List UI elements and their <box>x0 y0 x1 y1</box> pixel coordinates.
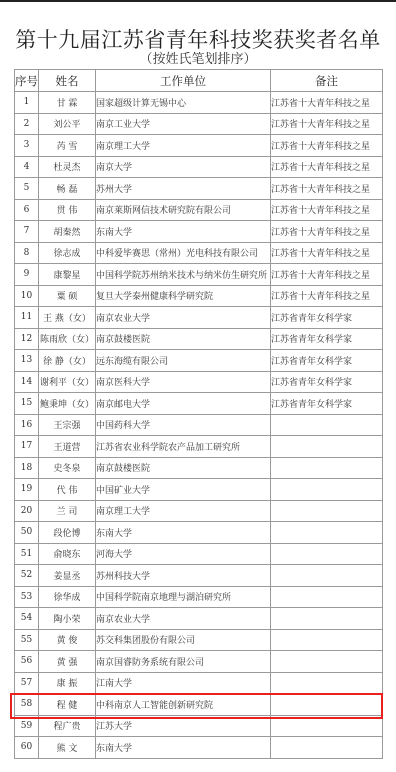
row-number: 53 <box>15 586 39 608</box>
table-row: 4杜灵杰南京大学江苏省十大青年科技之星 <box>15 156 383 178</box>
awardee-name: 兰 司 <box>39 500 96 522</box>
work-unit: 南京鼓楼医院 <box>96 457 271 479</box>
remark <box>271 500 383 522</box>
remark: 江苏省十大青年科技之星 <box>271 178 383 200</box>
awardee-name: 康 振 <box>39 672 96 694</box>
work-unit: 苏交科集团股份有限公司 <box>96 629 271 651</box>
awardee-name: 谢利平（女） <box>39 371 96 393</box>
table-row: 10粟 硕复旦大学泰州健康科学研究院江苏省十大青年科技之星 <box>15 285 383 307</box>
awardee-name: 程广贵 <box>39 715 96 737</box>
table-row: 52姜显丞苏州科技大学 <box>15 565 383 587</box>
remark: 江苏省十大青年科技之星 <box>271 156 383 178</box>
awardee-name: 粟 硕 <box>39 285 96 307</box>
table-row: 1甘 霖国家超级计算无锡中心江苏省十大青年科技之星 <box>15 92 383 114</box>
remark: 江苏省十大青年科技之星 <box>271 242 383 264</box>
awardee-name: 陶小荣 <box>39 608 96 630</box>
table-row: 6贯 伟南京莱斯网信技术研究院有限公司江苏省十大青年科技之星 <box>15 199 383 221</box>
awardee-name: 段伦博 <box>39 522 96 544</box>
remark: 江苏省十大青年科技之星 <box>271 135 383 157</box>
awardee-name: 鲍秉坤（女） <box>39 393 96 415</box>
row-number: 19 <box>15 479 39 501</box>
remark <box>271 651 383 673</box>
table-row: 3芮 雪南京理工大学江苏省十大青年科技之星 <box>15 135 383 157</box>
awardee-name: 俞晓东 <box>39 543 96 565</box>
remark: 江苏省青年女科学家 <box>271 393 383 415</box>
column-header-unit: 工作单位 <box>96 70 271 92</box>
work-unit: 苏州科技大学 <box>96 565 271 587</box>
work-unit: 南京医科大学 <box>96 371 271 393</box>
table-row: 54陶小荣南京农业大学 <box>15 608 383 630</box>
remark: 江苏省十大青年科技之星 <box>271 221 383 243</box>
remark <box>271 629 383 651</box>
row-number: 2 <box>15 113 39 135</box>
work-unit: 南京工业大学 <box>96 113 271 135</box>
row-number: 60 <box>15 737 39 759</box>
work-unit: 中国科学院苏州纳米技术与纳米仿生研究所 <box>96 264 271 286</box>
table-row: 58程 健中科南京人工智能创新研究院 <box>15 694 383 716</box>
remark <box>271 565 383 587</box>
row-number: 20 <box>15 500 39 522</box>
awardee-name: 甘 霖 <box>39 92 96 114</box>
remark <box>271 694 383 716</box>
awardee-name: 王宗强 <box>39 414 96 436</box>
table-row: 16王宗强中国药科大学 <box>15 414 383 436</box>
row-number: 4 <box>15 156 39 178</box>
remark <box>271 457 383 479</box>
column-header-no: 序号 <box>15 70 39 92</box>
awardee-name: 陈雨欣（女） <box>39 328 96 350</box>
table-row: 9康黎星中国科学院苏州纳米技术与纳米仿生研究所江苏省十大青年科技之星 <box>15 264 383 286</box>
work-unit: 南京邮电大学 <box>96 393 271 415</box>
table-row: 51俞晓东河海大学 <box>15 543 383 565</box>
row-number: 17 <box>15 436 39 458</box>
remark <box>271 672 383 694</box>
top-border <box>0 0 396 2</box>
row-number: 10 <box>15 285 39 307</box>
table-row: 15鲍秉坤（女）南京邮电大学江苏省青年女科学家 <box>15 393 383 415</box>
remark <box>271 436 383 458</box>
table-row: 18史冬泉南京鼓楼医院 <box>15 457 383 479</box>
work-unit: 东南大学 <box>96 522 271 544</box>
work-unit: 苏州大学 <box>96 178 271 200</box>
table-row: 19代 伟中国矿业大学 <box>15 479 383 501</box>
remark: 江苏省青年女科学家 <box>271 307 383 329</box>
row-number: 8 <box>15 242 39 264</box>
awardee-name: 熊 文 <box>39 737 96 759</box>
table-row: 7胡秦然东南大学江苏省十大青年科技之星 <box>15 221 383 243</box>
row-number: 54 <box>15 608 39 630</box>
work-unit: 远东海缆有限公司 <box>96 350 271 372</box>
row-number: 52 <box>15 565 39 587</box>
awardee-name: 畅 磊 <box>39 178 96 200</box>
table-row: 20兰 司南京理工大学 <box>15 500 383 522</box>
awardee-name: 徐 静（女） <box>39 350 96 372</box>
row-number: 5 <box>15 178 39 200</box>
remark: 江苏省十大青年科技之星 <box>271 264 383 286</box>
row-number: 59 <box>15 715 39 737</box>
work-unit: 南京国睿防务系统有限公司 <box>96 651 271 673</box>
table-row: 5畅 磊苏州大学江苏省十大青年科技之星 <box>15 178 383 200</box>
table-row: 11王 燕（女）南京农业大学江苏省青年女科学家 <box>15 307 383 329</box>
work-unit: 南京理工大学 <box>96 135 271 157</box>
remark <box>271 479 383 501</box>
awardee-name: 程 健 <box>39 694 96 716</box>
work-unit: 中科南京人工智能创新研究院 <box>96 694 271 716</box>
row-number: 50 <box>15 522 39 544</box>
awardee-name: 姜显丞 <box>39 565 96 587</box>
row-number: 57 <box>15 672 39 694</box>
table-row: 12陈雨欣（女）南京鼓楼医院江苏省青年女科学家 <box>15 328 383 350</box>
awardee-name: 黄 俊 <box>39 629 96 651</box>
remark <box>271 715 383 737</box>
remark <box>271 414 383 436</box>
remark: 江苏省青年女科学家 <box>271 371 383 393</box>
work-unit: 南京莱斯网信技术研究院有限公司 <box>96 199 271 221</box>
remark: 江苏省十大青年科技之星 <box>271 285 383 307</box>
row-number: 13 <box>15 350 39 372</box>
table-row: 13徐 静（女）远东海缆有限公司江苏省青年女科学家 <box>15 350 383 372</box>
column-header-note: 备注 <box>271 70 383 92</box>
work-unit: 国家超级计算无锡中心 <box>96 92 271 114</box>
table-row: 8徐志成中科爱毕赛思（常州）光电科技有限公司江苏省十大青年科技之星 <box>15 242 383 264</box>
row-number: 51 <box>15 543 39 565</box>
row-number: 7 <box>15 221 39 243</box>
table-row: 53徐华成中国科学院南京地理与湖泊研究所 <box>15 586 383 608</box>
row-number: 18 <box>15 457 39 479</box>
work-unit: 中国矿业大学 <box>96 479 271 501</box>
work-unit: 复旦大学泰州健康科学研究院 <box>96 285 271 307</box>
table-row: 50段伦博东南大学 <box>15 522 383 544</box>
row-number: 15 <box>15 393 39 415</box>
work-unit: 河海大学 <box>96 543 271 565</box>
remark: 江苏省青年女科学家 <box>271 350 383 372</box>
work-unit: 中国药科大学 <box>96 414 271 436</box>
awardee-name: 杜灵杰 <box>39 156 96 178</box>
work-unit: 东南大学 <box>96 221 271 243</box>
table-row: 56黄 强南京国睿防务系统有限公司 <box>15 651 383 673</box>
awardee-name: 史冬泉 <box>39 457 96 479</box>
awardee-name: 黄 强 <box>39 651 96 673</box>
work-unit: 中科爱毕赛思（常州）光电科技有限公司 <box>96 242 271 264</box>
table-row: 60熊 文东南大学 <box>15 737 383 759</box>
work-unit: 南京理工大学 <box>96 500 271 522</box>
row-number: 56 <box>15 651 39 673</box>
awardee-name: 刘公平 <box>39 113 96 135</box>
remark <box>271 737 383 759</box>
awardee-name: 王 燕（女） <box>39 307 96 329</box>
page-title: 第十九届江苏省青年科技奖获奖者名单 <box>0 28 396 52</box>
remark: 江苏省青年女科学家 <box>271 328 383 350</box>
remark <box>271 522 383 544</box>
page-subtitle: （按姓氏笔划排序） <box>0 52 396 67</box>
work-unit: 江南大学 <box>96 672 271 694</box>
row-number: 14 <box>15 371 39 393</box>
row-number: 6 <box>15 199 39 221</box>
awardee-name: 代 伟 <box>39 479 96 501</box>
work-unit: 南京大学 <box>96 156 271 178</box>
awardee-name: 贯 伟 <box>39 199 96 221</box>
row-number: 11 <box>15 307 39 329</box>
awardees-table: 序号 姓名 工作单位 备注 1甘 霖国家超级计算无锡中心江苏省十大青年科技之星2… <box>14 69 383 759</box>
work-unit: 江苏省农业科学院农产品加工研究所 <box>96 436 271 458</box>
remark: 江苏省十大青年科技之星 <box>271 199 383 221</box>
column-header-name: 姓名 <box>39 70 96 92</box>
work-unit: 南京农业大学 <box>96 307 271 329</box>
row-number: 3 <box>15 135 39 157</box>
row-number: 1 <box>15 92 39 114</box>
work-unit: 南京农业大学 <box>96 608 271 630</box>
table-row: 57康 振江南大学 <box>15 672 383 694</box>
awardee-name: 王道营 <box>39 436 96 458</box>
table-row: 59程广贵江苏大学 <box>15 715 383 737</box>
table-row: 2刘公平南京工业大学江苏省十大青年科技之星 <box>15 113 383 135</box>
row-number: 55 <box>15 629 39 651</box>
work-unit: 江苏大学 <box>96 715 271 737</box>
remark: 江苏省十大青年科技之星 <box>271 113 383 135</box>
row-number: 16 <box>15 414 39 436</box>
remark: 江苏省十大青年科技之星 <box>271 92 383 114</box>
table-row: 14谢利平（女）南京医科大学江苏省青年女科学家 <box>15 371 383 393</box>
table-row: 17王道营江苏省农业科学院农产品加工研究所 <box>15 436 383 458</box>
work-unit: 东南大学 <box>96 737 271 759</box>
awardee-name: 徐华成 <box>39 586 96 608</box>
awardee-name: 康黎星 <box>39 264 96 286</box>
work-unit: 南京鼓楼医院 <box>96 328 271 350</box>
awardee-name: 芮 雪 <box>39 135 96 157</box>
row-number: 9 <box>15 264 39 286</box>
awardee-name: 胡秦然 <box>39 221 96 243</box>
table-row: 55黄 俊苏交科集团股份有限公司 <box>15 629 383 651</box>
row-number: 58 <box>15 694 39 716</box>
work-unit: 中国科学院南京地理与湖泊研究所 <box>96 586 271 608</box>
table-header-row: 序号 姓名 工作单位 备注 <box>15 70 383 92</box>
row-number: 12 <box>15 328 39 350</box>
remark <box>271 608 383 630</box>
awardee-name: 徐志成 <box>39 242 96 264</box>
remark <box>271 543 383 565</box>
remark <box>271 586 383 608</box>
